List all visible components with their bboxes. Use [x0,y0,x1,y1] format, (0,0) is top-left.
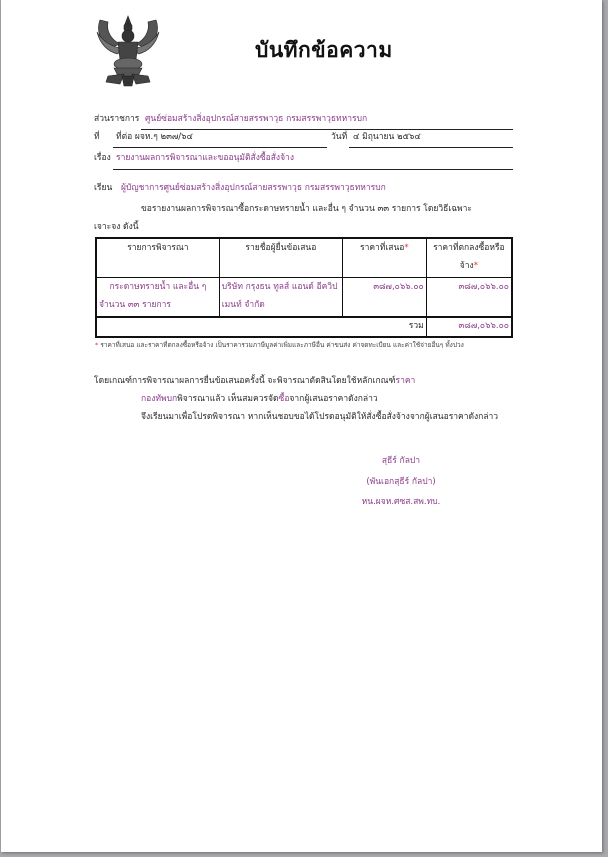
proposal-table: รายการพิจารณา รายชื่อผู้ยื่นข้อเสนอ ราคา… [95,237,513,338]
decision-line: กองทัพบกพิจารณาแล้ว เห็นสมควรจัดซื้อจากผ… [141,393,378,405]
document-title: บันทึกข้อความ [255,34,393,67]
subject-value: รายงานผลการพิจารณาและขออนุมัติสั่งซื้อสั… [116,152,294,164]
table-total-row: รวม ๓๘๗,๐๖๖.๐๐ [96,317,512,337]
garuda-emblem-icon [94,14,162,88]
header-vendor: รายชื่อผู้ยื่นข้อเสนอ [219,238,342,278]
signature-full-name: (พันเอกสุธีร์ กัลปา) [341,476,461,488]
subject-underline [113,169,513,170]
intro-line-1: ขอรายงานผลการพิจารณาซื้อกระดาษทรายน้ำ แล… [141,203,472,215]
ref-value: ที่ต่อ ผจห.ๆ ๒๓๗/๖๔ [116,131,193,143]
request-line: จึงเรียนมาเพื่อโปรดพิจารณา หากเห็นชอบขอไ… [141,411,498,423]
date-value: ๔ มิถุนายน ๒๕๖๔ [353,131,421,143]
signature-position: หน.ผจห.ศซส.สพ.ทบ. [341,496,461,508]
table-row: กระดาษทรายน้ำ และอื่น ๆ จำนวน ๓๓ รายการ … [96,278,512,318]
intro-line-2: เจาะจง ดังนี้ [94,221,139,233]
criteria-line: โดยเกณฑ์การพิจารณาผลการยื่นข้อเสนอครั้งน… [94,375,415,387]
cell-item: กระดาษทรายน้ำ และอื่น ๆ จำนวน ๓๓ รายการ [96,278,219,318]
ref-underline [113,147,327,148]
department-label: ส่วนราชการ [94,113,139,125]
department-underline [141,129,513,130]
table-header-row: รายการพิจารณา รายชื่อผู้ยื่นข้อเสนอ ราคา… [96,238,512,278]
header-offered-price: ราคาที่เสนอ* [342,238,426,278]
ref-label: ที่ [94,131,100,143]
cell-vendor: บริษัท กรุงธน ทูลส์ แอนด์ อีควิป เมนท์ จ… [219,278,342,318]
header-agreed-price: ราคาที่ตกลงซื้อหรือจ้าง* [426,238,512,278]
to-label: เรียน [94,182,112,194]
footnote: * ราคาที่เสนอ และราคาที่ตกลงซื้อหรือจ้าง… [95,340,464,350]
date-underline [349,147,513,148]
document-page: บันทึกข้อความ ส่วนราชการ ศูนย์ซ่อมสร้างส… [1,0,602,852]
cell-agreed-price: ๓๘๗,๐๖๖.๐๐ [426,278,512,318]
cell-offered-price: ๓๘๗,๐๖๖.๐๐ [342,278,426,318]
department-value: ศูนย์ซ่อมสร้างสิ่งอุปกรณ์สายสรรพาวุธ กรม… [145,113,367,125]
signature-name: สุธีร์ กัลปา [361,455,441,467]
header-item: รายการพิจารณา [96,238,219,278]
total-label: รวม [96,317,426,337]
subject-label: เรื่อง [94,152,111,164]
total-value: ๓๘๗,๐๖๖.๐๐ [426,317,512,337]
to-value: ผู้บัญชาการศูนย์ซ่อมสร้างสิ่งอุปกรณ์สายส… [121,182,386,194]
date-label: วันที่ [331,131,347,143]
